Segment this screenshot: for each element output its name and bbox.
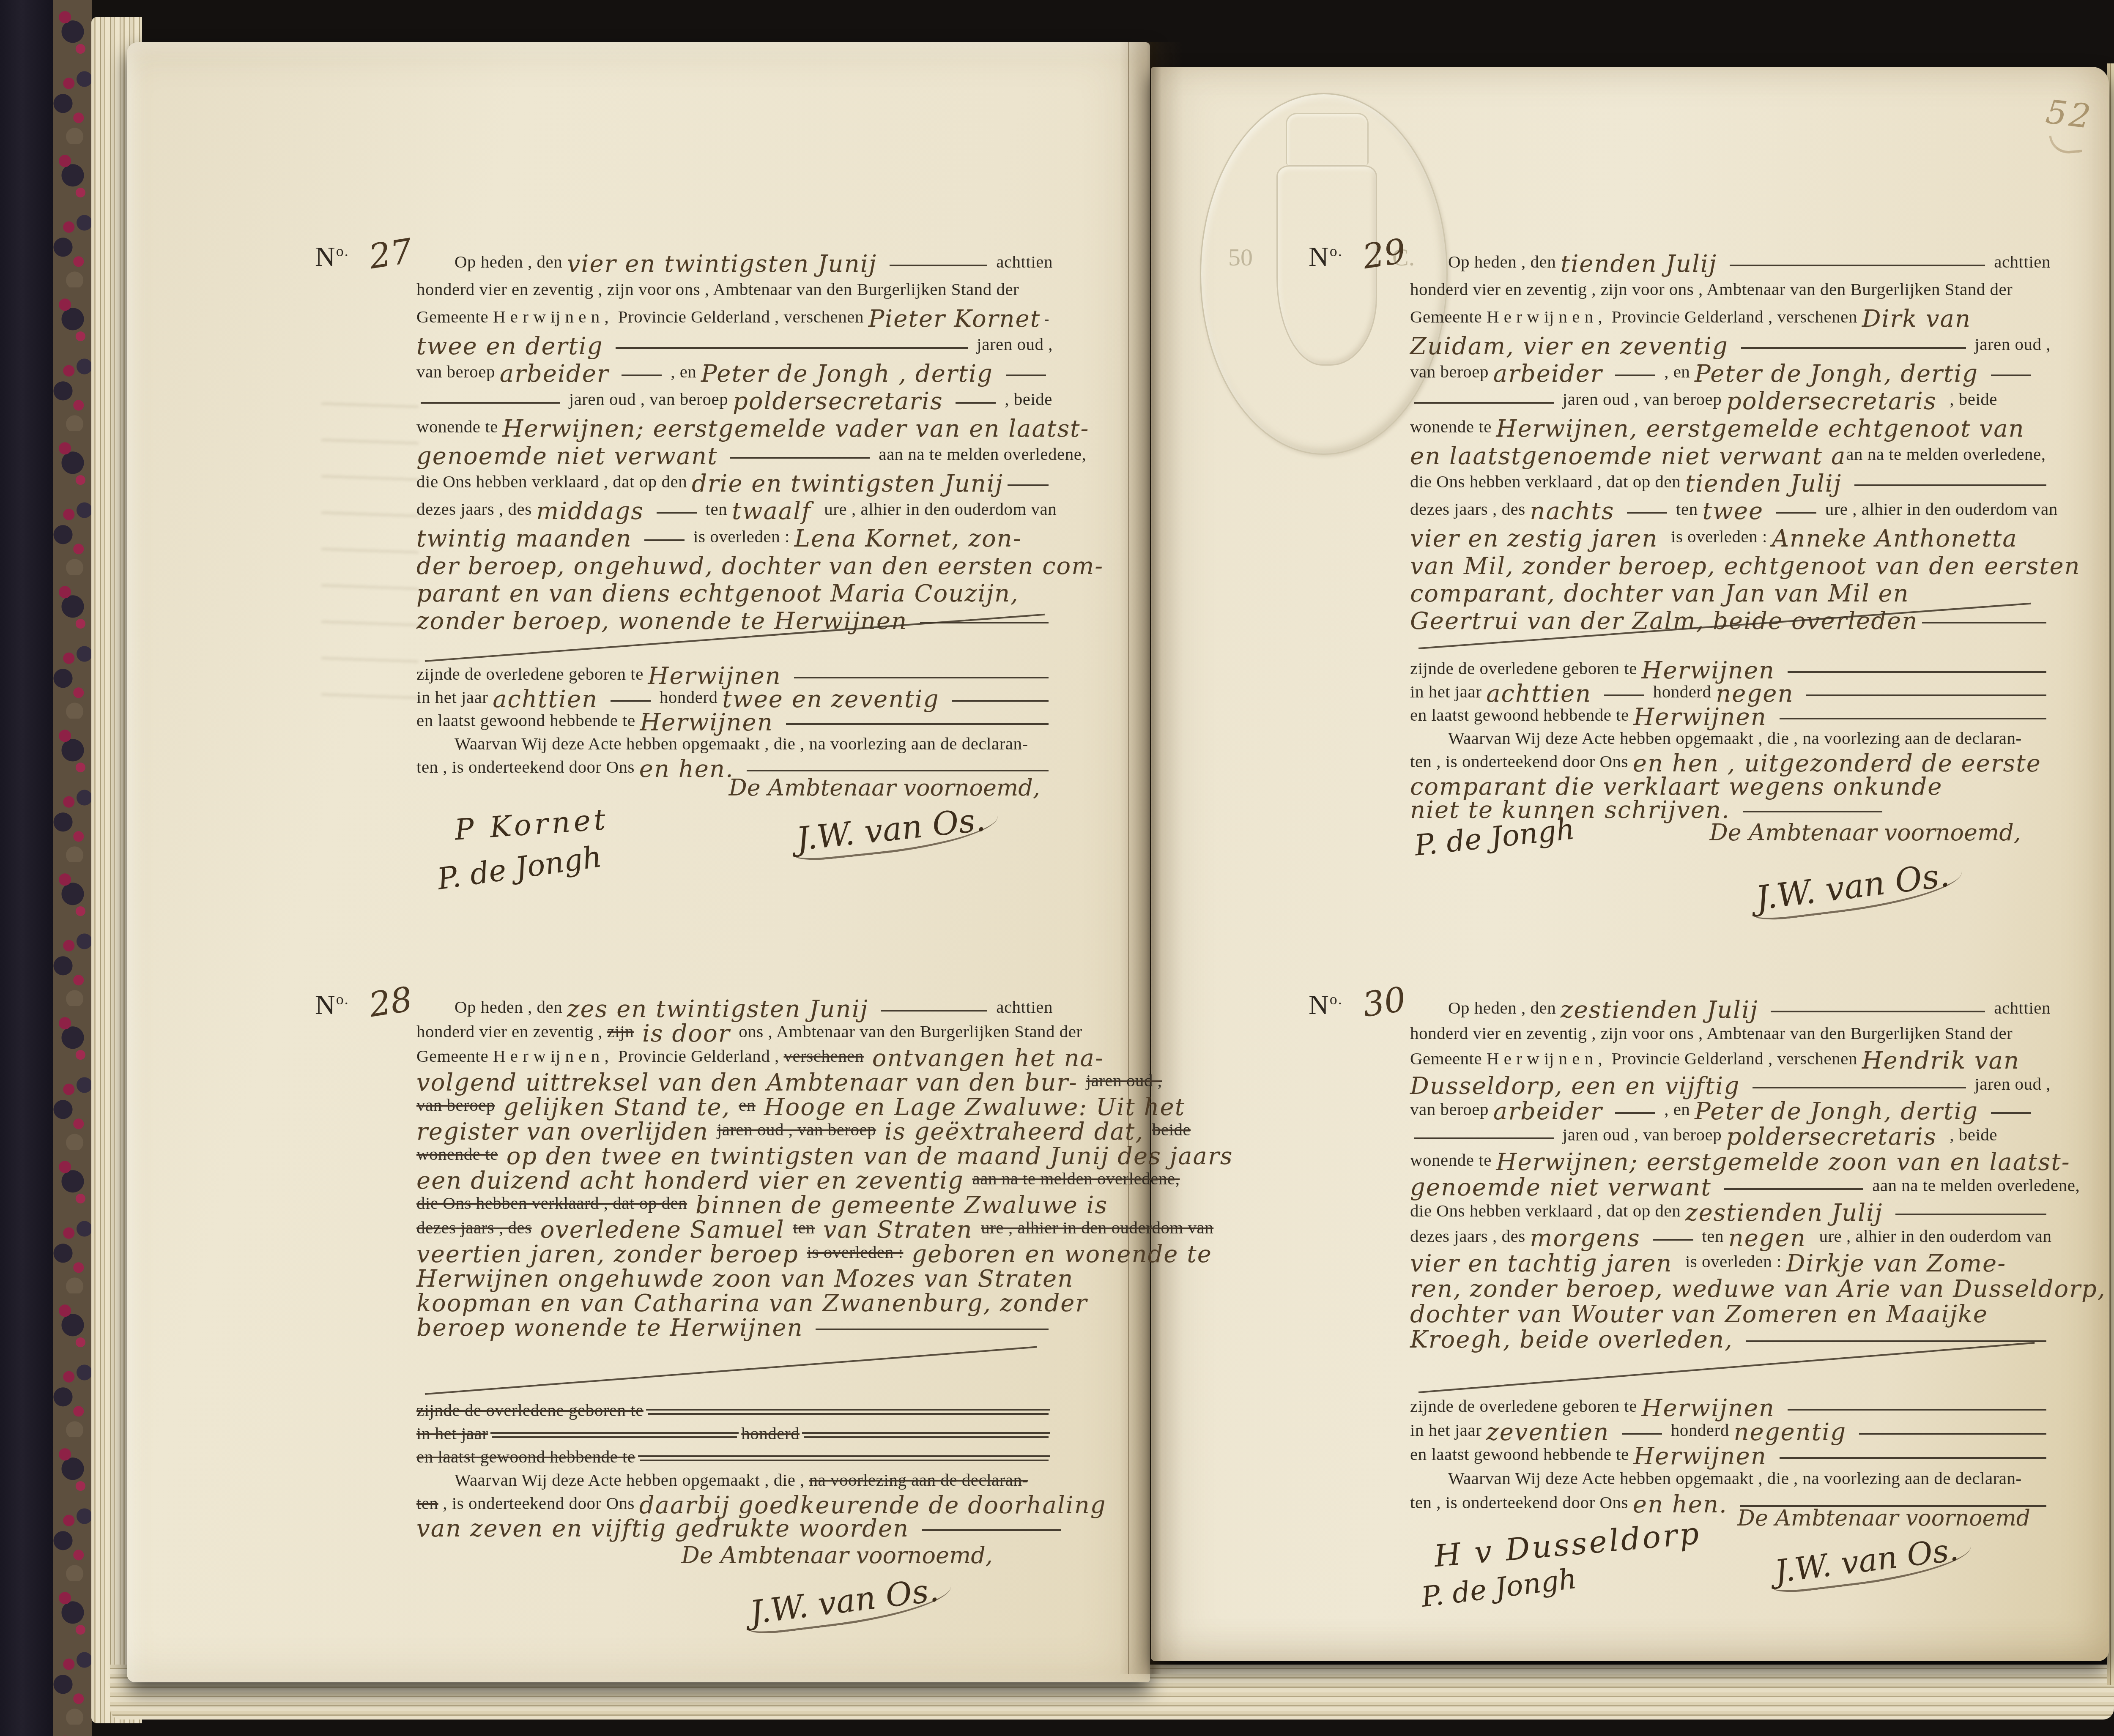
struck-printed-text: die Ons hebben verklaard , dat op den bbox=[416, 1195, 687, 1216]
record-line: zijnde de overledene geboren te Herwijne… bbox=[416, 664, 1053, 687]
printed-text: ten bbox=[1671, 500, 1702, 522]
record-line: ten , is onderteekend door Ons daarbij g… bbox=[416, 1493, 1053, 1516]
record-line: dezes jaars , des morgens ten negen ure … bbox=[1410, 1224, 2051, 1249]
record-line: die Ons hebben verklaard , dat op den ti… bbox=[1410, 467, 2051, 495]
handwritten-text: Herwijnen bbox=[1633, 1446, 1775, 1467]
printed-text: dezes jaars , des bbox=[1410, 500, 1530, 522]
printed-text: van beroep bbox=[1410, 363, 1493, 385]
signature: J.W. van Os. bbox=[744, 1569, 954, 1637]
handwritten-text: Hooge en Lage Zwaluwe: Uit het bbox=[756, 1097, 1185, 1118]
handwritten-text: tienden Julij bbox=[1561, 254, 1725, 275]
record-line: honderd vier en zeventig , zijn voor ons… bbox=[1410, 1021, 2051, 1046]
printed-text: dezes jaars , des bbox=[1410, 1228, 1530, 1249]
blank-filler-line bbox=[1724, 1188, 1863, 1190]
record-line: twintig maanden is overleden : Lena Korn… bbox=[416, 522, 1053, 550]
handwritten-text: Anneke Anthonetta bbox=[1772, 528, 2018, 550]
record-line: genoemde niet verwant aan na te melden o… bbox=[1410, 1173, 2051, 1198]
printed-text: aan na te melden overledene, bbox=[874, 446, 1086, 467]
record-line: twee en dertig jaren oud , bbox=[416, 330, 1053, 357]
record-line: van beroep gelijken Stand te, en Hooge e… bbox=[416, 1094, 1053, 1118]
printed-text: jaren oud , van beroep bbox=[1558, 391, 1726, 412]
handwritten-text: en hen. bbox=[1633, 1494, 1736, 1515]
record-line: Dusseldorp, een en vijftig jaren oud , bbox=[1410, 1072, 2051, 1097]
printed-text: in het jaar bbox=[1410, 1422, 1486, 1443]
handwritten-text: der beroep, ongehuwd, dochter van den ee… bbox=[416, 556, 1104, 577]
record-line: Waarvan Wij deze Acte hebben opgemaakt ,… bbox=[1410, 728, 2051, 751]
seal-crown-icon bbox=[1286, 113, 1369, 165]
blank-filler-line bbox=[1615, 1112, 1655, 1114]
printed-text: die Ons hebben verklaard , dat op den bbox=[1410, 473, 1685, 495]
printed-text: honderd vier en zeventig , zijn voor ons… bbox=[1410, 281, 2013, 302]
printed-text: achttien bbox=[991, 253, 1053, 275]
signature: P Kornet bbox=[454, 803, 610, 847]
struck-printed-text: honderd bbox=[741, 1425, 800, 1446]
printed-text: honderd bbox=[1666, 1422, 1733, 1443]
handwritten-text: gelijken Stand te, bbox=[495, 1097, 739, 1118]
record-number-handwritten: 29 bbox=[1360, 231, 1408, 277]
handwritten-text: zeventien bbox=[1486, 1422, 1618, 1443]
printed-text: Gemeente H e r w ij n e n , Provincie Ge… bbox=[416, 308, 868, 330]
printed-text: , en bbox=[666, 363, 701, 385]
printed-text: ten , is onderteekend door Ons bbox=[1410, 753, 1633, 774]
record-line: niet te kunnen schrijven. bbox=[1410, 798, 2051, 821]
record-line: wonende te Herwijnen; eerstgemelde vader… bbox=[416, 412, 1053, 440]
handwritten-text: vier en twintigsten Junij bbox=[567, 254, 885, 275]
printed-text: ure , alhier in den ouderdom van bbox=[1815, 1228, 2052, 1249]
struck-printed-text: beide bbox=[1152, 1121, 1191, 1143]
printed-text: is overleden : bbox=[1681, 1253, 1786, 1274]
blank-filler-line bbox=[1045, 320, 1049, 321]
photographed-register-page: { "page": { "number": "52" }, "seal": { … bbox=[0, 0, 2114, 1736]
record-line: die Ons hebben verklaard , dat op den bi… bbox=[416, 1192, 1053, 1216]
struck-filler-line bbox=[804, 1436, 1049, 1438]
record-line: dochter van Wouter van Zomeren en Maaijk… bbox=[1410, 1300, 2051, 1325]
blank-filler-line bbox=[1604, 694, 1644, 696]
record-line: dezes jaars , des middags ten twaalf ure… bbox=[416, 495, 1053, 522]
printed-text: is overleden : bbox=[1666, 528, 1772, 550]
handwritten-text: twee en zeventig bbox=[722, 689, 947, 710]
record-line: ren, zonder beroep, weduwe van Arie van … bbox=[1410, 1274, 2051, 1300]
record-line: zijnde de overledene geboren te bbox=[416, 1400, 1053, 1423]
printed-text: Op heden , den bbox=[455, 253, 567, 275]
handwritten-text: tienden Julij bbox=[1685, 473, 1850, 495]
blank-filler-line bbox=[816, 1329, 1049, 1330]
printed-text: zijnde de overledene geboren te bbox=[416, 665, 648, 687]
printed-text: en laatst gewoond hebbende te bbox=[416, 712, 640, 733]
record-line: register van overlijden jaren oud , van … bbox=[416, 1118, 1053, 1143]
printed-text: , en bbox=[1659, 1101, 1695, 1122]
struck-filler-line bbox=[640, 1460, 1049, 1461]
handwritten-text: vier en tachtig jaren bbox=[1410, 1253, 1681, 1274]
blank-filler-line bbox=[1991, 375, 2031, 376]
handwritten-text: genoemde niet verwant bbox=[1410, 1177, 1720, 1198]
handwritten-text: ontvangen het na- bbox=[864, 1048, 1104, 1069]
printed-text: aan na te melden overledene, bbox=[1868, 1177, 2080, 1198]
blank-filler-line bbox=[1771, 1011, 1985, 1012]
handwritten-text: parant en van diens echtgenoot Maria Cou… bbox=[416, 583, 1019, 604]
record-line: in het jaar achttien honderd twee en zev… bbox=[416, 687, 1053, 710]
handwritten-text: Herwijnen, eerstgemelde echtgenoot van bbox=[1496, 418, 2025, 440]
record-line: honderd vier en zeventig , zijn voor ons… bbox=[1410, 275, 2051, 302]
blank-filler-line bbox=[1627, 512, 1667, 514]
printed-text: die Ons hebben verklaard , dat op den bbox=[416, 473, 692, 495]
folio-number: 52 bbox=[2041, 93, 2095, 157]
handwritten-text: middags bbox=[536, 501, 652, 522]
handwritten-text: register van overlijden bbox=[416, 1121, 717, 1143]
handwritten-text: Herwijnen; eerstgemelde zoon van en laat… bbox=[1496, 1152, 2070, 1173]
struck-printed-text: na voorlezing aan de declaran- bbox=[809, 1471, 1028, 1493]
printed-text: achttien bbox=[1989, 253, 2051, 275]
record-line: volgend uittreksel van den Ambtenaar van… bbox=[416, 1069, 1053, 1094]
blank-filler-line bbox=[794, 677, 1049, 678]
death-record-27: No. 27 Op heden , den vier en twintigste… bbox=[315, 237, 1053, 921]
blank-filler-line bbox=[611, 700, 651, 702]
handwritten-text: Dirk van bbox=[1862, 309, 1971, 330]
gutter-crease bbox=[1128, 42, 1129, 1674]
handwritten-text: Herwijnen bbox=[648, 666, 790, 687]
record-line: veertien jaren, zonder beroep is overled… bbox=[416, 1241, 1053, 1265]
printed-text: van beroep bbox=[416, 363, 500, 385]
printed-text: van beroep bbox=[1410, 1101, 1493, 1122]
record-line: zijnde de overledene geboren te Herwijne… bbox=[1410, 658, 2051, 681]
struck-filler-line bbox=[492, 1436, 737, 1438]
handwritten-text: poldersecretaris bbox=[1726, 391, 1945, 412]
handwritten-text: Lena Kornet, zon- bbox=[794, 528, 1022, 550]
struck-printed-text: van beroep bbox=[416, 1096, 495, 1118]
handwritten-text: zestienden Julij bbox=[1685, 1203, 1891, 1224]
printed-text: die Ons hebben verklaard , dat op den bbox=[1410, 1202, 1685, 1224]
blank-filler-line bbox=[1780, 1457, 2047, 1459]
struck-printed-text: ten bbox=[416, 1495, 438, 1516]
handwritten-text: poldersecretaris bbox=[733, 391, 952, 412]
record-line: parant en van diens echtgenoot Maria Cou… bbox=[416, 577, 1053, 604]
handwritten-text: vier en zestig jaren bbox=[1410, 528, 1666, 550]
record-line: genoemde niet verwant aan na te melden o… bbox=[416, 440, 1053, 467]
record-line: Op heden , den zes en twintigsten Junij … bbox=[416, 995, 1053, 1020]
struck-printed-text: in het jaar bbox=[416, 1425, 488, 1446]
record-line: beroep wonende te Herwijnen bbox=[416, 1314, 1053, 1339]
handwritten-text: geboren en wonende te bbox=[903, 1244, 1212, 1265]
handwritten-text: Herwijnen bbox=[640, 712, 781, 733]
printed-text: Waarvan Wij deze Acte hebben opgemaakt ,… bbox=[455, 1471, 809, 1493]
printed-text: wonende te bbox=[1410, 1151, 1496, 1173]
struck-printed-text: en bbox=[739, 1096, 756, 1118]
record-line: Herwijnen ongehuwde zoon van Mozes van S… bbox=[416, 1265, 1053, 1290]
record-number-handwritten: 30 bbox=[1360, 979, 1408, 1025]
printed-text: honderd bbox=[655, 689, 722, 710]
struck-printed-text: ure , alhier in den ouderdom van bbox=[981, 1219, 1213, 1241]
record-line: Waarvan Wij deze Acte hebben opgemaakt ,… bbox=[1410, 1467, 2051, 1491]
signature: P. de Jongh bbox=[435, 839, 604, 897]
blank-filler-line bbox=[644, 539, 685, 541]
printed-text: jaren oud , bbox=[1970, 1075, 2051, 1097]
handwritten-text: Herwijnen; eerstgemelde vader van en laa… bbox=[503, 418, 1090, 440]
printed-text: jaren oud , van beroep bbox=[1558, 1126, 1726, 1148]
handwritten-text: Herwijnen bbox=[1642, 660, 1783, 681]
record-line: en laatst gewoond hebbende te bbox=[416, 1446, 1053, 1470]
printed-text: ons , Ambtenaar van den Burgerlijken Sta… bbox=[739, 1023, 1082, 1044]
record-line: zijnde de overledene geboren te Herwijne… bbox=[1410, 1395, 2051, 1419]
record-line: van Mil, zonder beroep, echtgenoot van d… bbox=[1410, 550, 2051, 577]
blank-filler-line bbox=[1991, 1112, 2031, 1114]
handwritten-text: is door bbox=[634, 1023, 739, 1044]
record-line: vier en zestig jaren is overleden : Anne… bbox=[1410, 522, 2051, 550]
handwritten-text: volgend uittreksel van den Ambtenaar van… bbox=[416, 1072, 1086, 1094]
record-line: wonende te Herwijnen; eerstgemelde zoon … bbox=[1410, 1148, 2051, 1173]
record-line: en laatstgenoemde niet verwant aan na te… bbox=[1410, 440, 2051, 467]
printed-text: ure , alhier in den ouderdom van bbox=[1821, 500, 2058, 522]
printed-text: in het jaar bbox=[1410, 683, 1486, 705]
printed-text: Op heden , den bbox=[1448, 253, 1561, 275]
printed-text: Waarvan Wij deze Acte hebben opgemaakt ,… bbox=[455, 735, 1028, 757]
blank-filler-line bbox=[1622, 1433, 1662, 1435]
blank-filler-line bbox=[1895, 1214, 2046, 1215]
record-body: Op heden , den tienden Julij achttienhon… bbox=[1410, 247, 2051, 821]
blank-filler-line bbox=[1615, 375, 1655, 376]
blank-filler-line bbox=[1806, 694, 2046, 696]
handwritten-text: negen bbox=[1728, 1228, 1815, 1249]
printed-text: Waarvan Wij deze Acte hebben opgemaakt ,… bbox=[1448, 730, 2022, 751]
record-number-label: No. bbox=[315, 989, 349, 1021]
handwritten-text: Peter de Jongh, dertig bbox=[1695, 1101, 1987, 1122]
handwritten-text: Kroegh, beide overleden, bbox=[1410, 1329, 1742, 1351]
record-body: Op heden , den zestienden Julij achttien… bbox=[1410, 995, 2051, 1515]
record-line: zonder beroep, wonende te Herwijnen bbox=[416, 604, 1053, 632]
handwritten-text: genoemde niet verwant bbox=[416, 446, 726, 467]
blank-filler-line bbox=[1859, 1433, 2046, 1435]
signature: J.W. van Os. bbox=[790, 799, 1000, 863]
handwritten-text: comparant die verklaart wegens onkunde bbox=[1410, 776, 1942, 798]
record-line: Op heden , den vier en twintigsten Junij… bbox=[416, 247, 1053, 275]
blank-filler-line bbox=[1653, 1239, 1693, 1241]
blank-filler-line bbox=[622, 375, 662, 376]
handwritten-text: morgens bbox=[1530, 1228, 1648, 1249]
record-line: Op heden , den zestienden Julij achttien bbox=[1410, 995, 2051, 1021]
handwritten-text: ren, zonder beroep, weduwe van Arie van … bbox=[1410, 1279, 2106, 1300]
blank-filler-line bbox=[922, 1529, 1061, 1531]
blank-filler-line bbox=[657, 512, 697, 514]
record-number-handwritten: 28 bbox=[366, 979, 415, 1025]
record-line: jaren oud , van beroep poldersecretaris … bbox=[416, 385, 1053, 412]
record-line: en laatst gewoond hebbende te Herwijnen bbox=[1410, 705, 2051, 728]
record-line: Gemeente H e r w ij n e n , Provincie Ge… bbox=[1410, 302, 2051, 330]
record-line: Zuidam, vier en zeventig jaren oud , bbox=[1410, 330, 2051, 357]
printed-text: Gemeente H e r w ij n e n , Provincie Ge… bbox=[416, 1047, 784, 1069]
death-record-28: No. 28 Op heden , den zes en twintigsten… bbox=[315, 985, 1053, 1653]
struck-printed-text: zijn bbox=[607, 1023, 634, 1044]
handwritten-text: zes en twintigsten Junij bbox=[567, 999, 877, 1020]
record-line: jaren oud , van beroep poldersecretaris … bbox=[1410, 1122, 2051, 1148]
blank-filler-line bbox=[1008, 484, 1049, 486]
record-line: ten , is onderteekend door Ons en hen , … bbox=[1410, 751, 2051, 774]
blank-filler-line bbox=[616, 347, 968, 349]
blank-filler-line bbox=[1788, 1409, 2046, 1411]
blank-filler-line bbox=[1746, 1340, 2046, 1342]
record-number-handwritten: 27 bbox=[366, 231, 415, 277]
handwritten-text: achttien bbox=[1486, 683, 1600, 705]
record-line: honderd vier en zeventig , zijn is door … bbox=[416, 1020, 1053, 1044]
printed-text: in het jaar bbox=[416, 689, 493, 710]
handwritten-text: twaalf bbox=[732, 501, 820, 522]
record-line: die Ons hebben verklaard , dat op den ze… bbox=[1410, 1198, 2051, 1224]
handwritten-text: zestienden Julij bbox=[1561, 1000, 1766, 1021]
handwritten-text: is geëxtraheerd dat, bbox=[876, 1121, 1152, 1143]
record-line: Waarvan Wij deze Acte hebben opgemaakt ,… bbox=[416, 733, 1053, 757]
blank-filler-line bbox=[747, 770, 1049, 771]
blank-filler-line bbox=[786, 723, 1049, 725]
printed-text: ure , alhier in den ouderdom van bbox=[820, 500, 1057, 522]
record-line: van beroep arbeider , en Peter de Jongh … bbox=[416, 357, 1053, 385]
handwritten-text: een duizend acht honderd vier en zeventi… bbox=[416, 1170, 972, 1192]
printed-text: honderd vier en zeventig , bbox=[416, 1023, 607, 1044]
blank-filler-line bbox=[1414, 1137, 1554, 1139]
handwritten-text: achttien bbox=[493, 689, 606, 710]
record-line: en laatst gewoond hebbende te Herwijnen bbox=[416, 710, 1053, 733]
closing-phrase-ambtenaar: De Ambtenaar voornoemd, bbox=[728, 774, 1040, 801]
blank-filler-line bbox=[890, 265, 988, 266]
printed-text: Op heden , den bbox=[455, 998, 567, 1020]
record-line: van zeven en vijftig gedrukte woorden bbox=[416, 1516, 1053, 1539]
blank-filler-line bbox=[1414, 402, 1554, 404]
struck-printed-text: dezes jaars , des bbox=[416, 1219, 532, 1241]
printed-text: , is onderteekend door Ons bbox=[438, 1495, 639, 1516]
handwritten-text: twee bbox=[1702, 501, 1772, 522]
record-line: wonende te op den twee en twintigsten va… bbox=[416, 1143, 1053, 1167]
handwritten-text: van Mil, zonder beroep, echtgenoot van d… bbox=[1410, 556, 2081, 577]
record-line: Waarvan Wij deze Acte hebben opgemaakt ,… bbox=[416, 1470, 1053, 1493]
printed-text: , beide bbox=[1945, 391, 1997, 412]
handwritten-text: comparant, dochter van Jan van Mil en bbox=[1410, 583, 1909, 604]
record-line: in het jaar achttien honderd negen bbox=[1410, 681, 2051, 705]
record-line: in het jaarhonderd bbox=[416, 1423, 1053, 1446]
record-line: der beroep, ongehuwd, dochter van den ee… bbox=[416, 550, 1053, 577]
book-cover-left-edge bbox=[0, 0, 54, 1736]
printed-text: , beide bbox=[1000, 391, 1052, 412]
blank-filler-line bbox=[1780, 718, 2047, 719]
blank-filler-line bbox=[952, 700, 1049, 702]
handwritten-text: en laatstgenoemde niet verwant a bbox=[1410, 446, 1846, 467]
blank-filler-line bbox=[730, 457, 870, 459]
handwritten-text: twee en dertig bbox=[416, 336, 611, 357]
record-line: comparant, dochter van Jan van Mil en bbox=[1410, 577, 2051, 604]
printed-text: Waarvan Wij deze Acte hebben opgemaakt ,… bbox=[1448, 1470, 2022, 1491]
record-line: die Ons hebben verklaard , dat op den dr… bbox=[416, 467, 1053, 495]
record-number-label: No. bbox=[1309, 241, 1343, 273]
blank-filler-line bbox=[1006, 375, 1046, 376]
handwritten-text: Pieter Kornet bbox=[868, 309, 1041, 330]
printed-text: ten , is onderteekend door Ons bbox=[1410, 1494, 1633, 1515]
printed-text: Gemeente H e r w ij n e n , Provincie Ge… bbox=[1410, 1050, 1862, 1072]
signature: J.W. van Os. bbox=[1749, 855, 1964, 923]
handwritten-text: Herwijnen bbox=[1642, 1398, 1783, 1419]
blank-filler-line bbox=[1753, 1087, 1966, 1088]
handwritten-text: van Straten bbox=[815, 1219, 981, 1241]
record-line: dezes jaars , des nachts ten twee ure , … bbox=[1410, 495, 2051, 522]
blank-filler-line bbox=[1741, 347, 1966, 349]
handwritten-text: op den twee en twintigsten van de maand … bbox=[498, 1146, 1233, 1167]
record-line: Op heden , den tienden Julij achttien bbox=[1410, 247, 2051, 275]
record-line: honderd vier en zeventig , zijn voor ons… bbox=[416, 275, 1053, 302]
printed-text: ten bbox=[701, 500, 732, 522]
signature: J.W. van Os. bbox=[1769, 1530, 1974, 1595]
blank-filler-line bbox=[1922, 622, 2046, 623]
record-line: en laatst gewoond hebbende te Herwijnen bbox=[1410, 1443, 2051, 1467]
struck-printed-text: zijnde de overledene geboren te bbox=[416, 1402, 644, 1423]
printed-text: jaren oud , bbox=[1970, 336, 2051, 357]
handwritten-text: overledene Samuel bbox=[532, 1219, 793, 1241]
handwritten-text: Peter de Jongh, dertig bbox=[1695, 364, 1987, 385]
printed-text: wonende te bbox=[416, 418, 503, 440]
handwritten-text: binnen de gemeente Zwaluwe is bbox=[687, 1195, 1108, 1216]
handwritten-text: twintig maanden bbox=[416, 528, 640, 550]
record-line: in het jaar zeventien honderd negentig bbox=[1410, 1419, 2051, 1443]
printed-text: ten bbox=[1698, 1228, 1728, 1249]
printed-text: en laatst gewoond hebbende te bbox=[1410, 706, 1633, 728]
blank-filler-line bbox=[1743, 811, 1882, 812]
record-line: Gemeente H e r w ij n e n , Provincie Ge… bbox=[416, 302, 1053, 330]
handwritten-text: veertien jaren, zonder beroep bbox=[416, 1244, 807, 1265]
record-line: een duizend acht honderd vier en zeventi… bbox=[416, 1167, 1053, 1192]
handwritten-text: en hen. bbox=[639, 759, 742, 780]
printed-text: an na te melden overledene, bbox=[1846, 446, 2046, 467]
handwritten-text: beroep wonende te Herwijnen bbox=[416, 1318, 811, 1339]
record-line: Kroegh, beide overleden, bbox=[1410, 1325, 2051, 1351]
record-number-label: No. bbox=[315, 241, 349, 273]
closing-phrase-ambtenaar: De Ambtenaar voornoemd, bbox=[681, 1542, 993, 1569]
blank-filler-line bbox=[1776, 512, 1816, 514]
record-body: Op heden , den vier en twintigsten Junij… bbox=[416, 247, 1053, 780]
struck-printed-text: en laatst gewoond hebbende te bbox=[416, 1448, 635, 1470]
printed-text: honderd vier en zeventig , zijn voor ons… bbox=[1410, 1025, 2013, 1046]
printed-text: jaren oud , van beroep bbox=[564, 391, 733, 412]
record-line: Gemeente H e r w ij n e n , Provincie Ge… bbox=[416, 1044, 1053, 1069]
handwritten-text: negen bbox=[1716, 683, 1802, 705]
record-body: Op heden , den zes en twintigsten Junij … bbox=[416, 995, 1053, 1539]
printed-text: Op heden , den bbox=[1448, 999, 1561, 1021]
handwritten-text: Herwijnen bbox=[1633, 707, 1775, 728]
printed-text: zijnde de overledene geboren te bbox=[1410, 660, 1642, 681]
blank-filler-line bbox=[1854, 484, 2046, 486]
printed-text: is overleden : bbox=[689, 528, 794, 550]
handwritten-text: poldersecretaris bbox=[1726, 1126, 1945, 1148]
handwritten-text: Geertrui van der Zalm, beide overleden bbox=[1410, 611, 1918, 632]
handwritten-text: daarbij goedkeurende de doorhaling bbox=[639, 1495, 1106, 1516]
closing-phrase-ambtenaar: De Ambtenaar voornoemd, bbox=[1709, 819, 2021, 846]
handwritten-text: arbeider bbox=[500, 364, 618, 385]
printed-text: wonende te bbox=[1410, 418, 1496, 440]
handwritten-text: Hendrik van bbox=[1862, 1050, 2020, 1072]
struck-printed-text: is overleden : bbox=[807, 1244, 904, 1265]
seal-value-left: 50 bbox=[1228, 243, 1253, 271]
record-line: van beroep arbeider , en Peter de Jongh,… bbox=[1410, 357, 2051, 385]
printed-text: honderd vier en zeventig , zijn voor ons… bbox=[416, 281, 1019, 302]
handwritten-text: drie en twintigsten Junij bbox=[692, 473, 1003, 495]
printed-text: en laatst gewoond hebbende te bbox=[1410, 1446, 1633, 1467]
handwritten-text: niet te kunnen schrijven. bbox=[1410, 800, 1739, 821]
printed-text: zijnde de overledene geboren te bbox=[1410, 1397, 1642, 1419]
struck-printed-text: verschenen bbox=[784, 1047, 864, 1069]
printed-text: jaren oud , bbox=[972, 336, 1053, 357]
printed-text: Gemeente H e r w ij n e n , Provincie Ge… bbox=[1410, 308, 1862, 330]
printed-text: , beide bbox=[1945, 1126, 1997, 1148]
printed-text: ten , is onderteekend door Ons bbox=[416, 758, 639, 780]
printed-text: honderd bbox=[1648, 683, 1716, 705]
printed-text: , en bbox=[1659, 363, 1695, 385]
blank-filler-line bbox=[1730, 265, 1985, 266]
blank-filler-line bbox=[881, 1010, 988, 1012]
record-line: comparant die verklaart wegens onkunde bbox=[1410, 774, 2051, 798]
record-line: Gemeente H e r w ij n e n , Provincie Ge… bbox=[1410, 1046, 2051, 1072]
